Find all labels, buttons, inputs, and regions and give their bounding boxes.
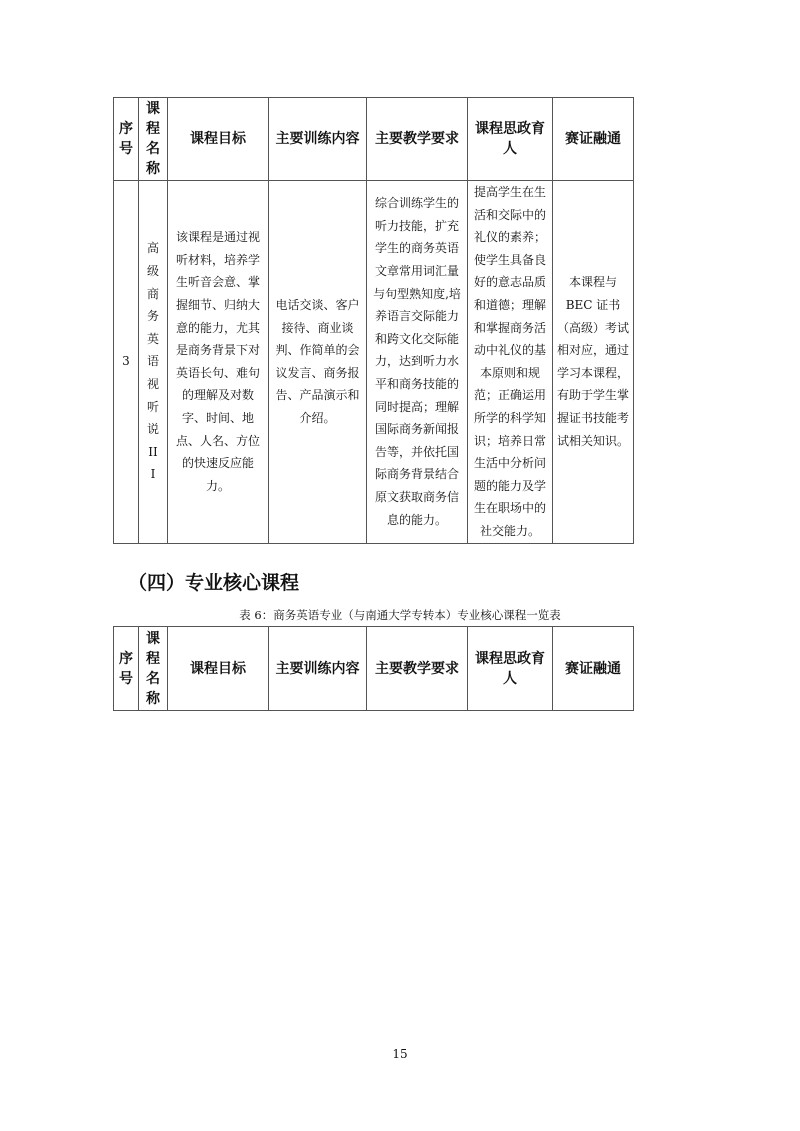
section-heading: （四）专业核心课程 — [128, 568, 299, 595]
header-name: 课程名称 — [139, 98, 168, 181]
header-name: 课程名称 — [139, 627, 168, 711]
header-certificate: 赛证融通 — [553, 98, 634, 181]
table-row: 3 高级商务英语视听说III 该课程是通过视听材料，培养学生听音会意、掌握细节、… — [114, 181, 634, 544]
cell-no: 3 — [114, 181, 139, 544]
core-course-table: 序号 课程名称 课程目标 主要训练内容 主要教学要求 课程思政育人 赛证融通 — [113, 626, 634, 711]
header-goal: 课程目标 — [168, 98, 269, 181]
table-header-row: 序号 课程名称 课程目标 主要训练内容 主要教学要求 课程思政育人 赛证融通 — [114, 98, 634, 181]
header-ideology: 课程思政育人 — [468, 98, 553, 181]
header-requirements: 主要教学要求 — [367, 98, 468, 181]
header-training: 主要训练内容 — [269, 627, 367, 711]
cell-requirements: 综合训练学生的听力技能，扩充学生的商务英语文章常用词汇量与句型熟知度,培养语言交… — [367, 181, 468, 544]
header-certificate: 赛证融通 — [553, 627, 634, 711]
table-header-row: 序号 课程名称 课程目标 主要训练内容 主要教学要求 课程思政育人 赛证融通 — [114, 627, 634, 711]
cell-training: 电话交谈、客户接待、商业谈判、作简单的会议发言、商务报告、产品演示和介绍。 — [269, 181, 367, 544]
course-table-continued: 序号 课程名称 课程目标 主要训练内容 主要教学要求 课程思政育人 赛证融通 3… — [113, 97, 634, 544]
page-number: 15 — [0, 1047, 800, 1061]
header-ideology: 课程思政育人 — [468, 627, 553, 711]
cell-goal: 该课程是通过视听材料，培养学生听音会意、掌握细节、归纳大意的能力，尤其是商务背景… — [168, 181, 269, 544]
cell-course-name: 高级商务英语视听说III — [139, 181, 168, 544]
header-training: 主要训练内容 — [269, 98, 367, 181]
table-caption: 表 6：商务英语专业（与南通大学专转本）专业核心课程一览表 — [0, 607, 800, 623]
cell-ideology: 提高学生在生活和交际中的礼仪的素养；使学生具备良好的意志品质和道德；理解和掌握商… — [468, 181, 553, 544]
header-no: 序号 — [114, 627, 139, 711]
header-requirements: 主要教学要求 — [367, 627, 468, 711]
cell-certificate: 本课程与 BEC 证书（高级）考试相对应，通过学习本课程，有助于学生掌握证书技能… — [553, 181, 634, 544]
header-goal: 课程目标 — [168, 627, 269, 711]
header-no: 序号 — [114, 98, 139, 181]
